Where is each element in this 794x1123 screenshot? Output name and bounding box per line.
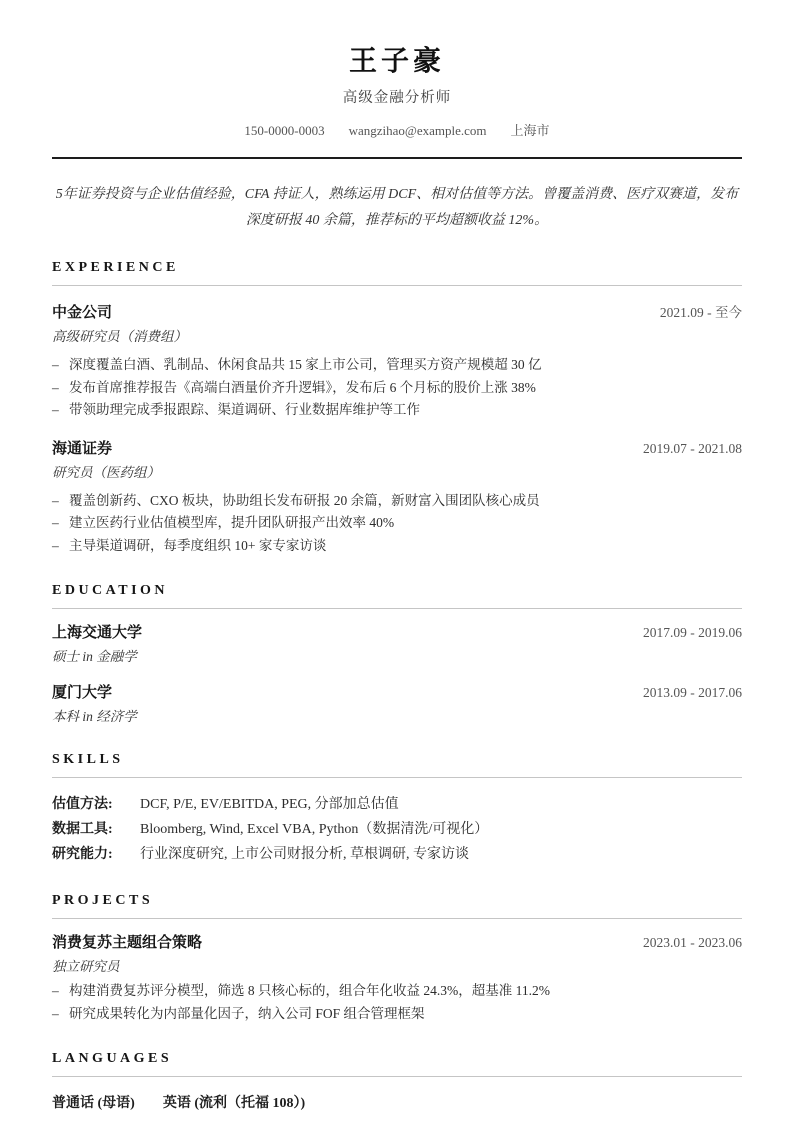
bullet-item: – 发布首席推荐报告《高端白酒量价齐升逻辑》，发布后 6 个月标的股价上涨 38… xyxy=(52,377,742,400)
skill-label: 研究能力: xyxy=(52,842,140,867)
company-name: 海通证券 xyxy=(52,440,112,459)
section-projects: PROJECTS 消费复苏主题组合策略 2023.01 - 2023.06 独立… xyxy=(52,892,742,1025)
bullet-text: 深度覆盖白酒、乳制品、休闲食品共 15 家上市公司，管理买方资产规模超 30 亿 xyxy=(69,354,742,377)
entry-date: 2021.09 - 至今 xyxy=(660,301,742,321)
bullet-text: 主导渠道调研，每季度组织 10+ 家专家访谈 xyxy=(69,535,742,558)
entry-role: 研究员（医药组） xyxy=(52,464,742,482)
bullet-item: – 建立医药行业估值模型库，提升团队研报产出效率 40% xyxy=(52,512,742,535)
candidate-name: 王子豪 xyxy=(52,46,742,78)
skills-heading: SKILLS xyxy=(52,751,742,778)
bullet-list: – 深度覆盖白酒、乳制品、休闲食品共 15 家上市公司，管理买方资产规模超 30… xyxy=(52,354,742,422)
entry-head: 厦门大学 2013.09 - 2017.06 xyxy=(52,684,742,703)
experience-heading: EXPERIENCE xyxy=(52,259,742,286)
section-skills: SKILLS 估值方法: DCF, P/E, EV/EBITDA, PEG, 分… xyxy=(52,751,742,867)
section-languages: LANGUAGES 普通话 (母语) 英语 (流利（托福 108）) xyxy=(52,1050,742,1113)
bullet-dash: – xyxy=(52,490,69,513)
bullet-dash: – xyxy=(52,1003,69,1026)
skill-label: 数据工具: xyxy=(52,817,140,842)
bullet-text: 构建消费复苏评分模型，筛选 8 只核心标的，组合年化收益 24.3%，超基准 1… xyxy=(69,980,742,1003)
summary-text: 5年证券投资与企业估值经验，CFA 持证人，熟练运用 DCF、相对估值等方法。曾… xyxy=(52,182,742,234)
education-heading: EDUCATION xyxy=(52,582,742,609)
entry-date: 2013.09 - 2017.06 xyxy=(643,685,742,701)
header-divider xyxy=(52,157,742,159)
bullet-list: – 覆盖创新药、CXO 板块，协助组长发布研报 20 余篇，新财富入围团队核心成… xyxy=(52,490,742,558)
experience-entry: 海通证券 2019.07 - 2021.08 研究员（医药组） – 覆盖创新药、… xyxy=(52,440,742,558)
degree-name: 硕士 in 金融学 xyxy=(52,648,742,666)
skill-value: Bloomberg, Wind, Excel VBA, Python（数据清洗/… xyxy=(140,817,488,842)
language-item: 英语 (流利（托福 108）) xyxy=(163,1094,305,1113)
skill-value: DCF, P/E, EV/EBITDA, PEG, 分部加总估值 xyxy=(140,792,399,817)
bullet-dash: – xyxy=(52,354,69,377)
languages-row: 普通话 (母语) 英语 (流利（托福 108）) xyxy=(52,1094,742,1113)
candidate-title: 高级金融分析师 xyxy=(52,89,742,108)
section-experience: EXPERIENCE 中金公司 2021.09 - 至今 高级研究员（消费组） … xyxy=(52,259,742,557)
bullet-item: – 构建消费复苏评分模型，筛选 8 只核心标的，组合年化收益 24.3%，超基准… xyxy=(52,980,742,1003)
resume-page: 王子豪 高级金融分析师 150-0000-0003 wangzihao@exam… xyxy=(0,0,794,1123)
education-entry: 上海交通大学 2017.09 - 2019.06 硕士 in 金融学 xyxy=(52,624,742,666)
bullet-dash: – xyxy=(52,377,69,400)
entry-head: 消费复苏主题组合策略 2023.01 - 2023.06 xyxy=(52,934,742,953)
skill-row: 估值方法: DCF, P/E, EV/EBITDA, PEG, 分部加总估值 xyxy=(52,792,742,817)
skill-row: 研究能力: 行业深度研究, 上市公司财报分析, 草根调研, 专家访谈 xyxy=(52,842,742,867)
bullet-dash: – xyxy=(52,980,69,1003)
skills-table: 估值方法: DCF, P/E, EV/EBITDA, PEG, 分部加总估值 数… xyxy=(52,792,742,867)
entry-date: 2019.07 - 2021.08 xyxy=(643,441,742,457)
skill-value: 行业深度研究, 上市公司财报分析, 草根调研, 专家访谈 xyxy=(140,842,469,867)
bullet-dash: – xyxy=(52,535,69,558)
bullet-item: – 深度覆盖白酒、乳制品、休闲食品共 15 家上市公司，管理买方资产规模超 30… xyxy=(52,354,742,377)
bullet-item: – 主导渠道调研，每季度组织 10+ 家专家访谈 xyxy=(52,535,742,558)
entry-role: 高级研究员（消费组） xyxy=(52,328,742,346)
skill-label: 估值方法: xyxy=(52,792,140,817)
bullet-text: 覆盖创新药、CXO 板块，协助组长发布研报 20 余篇，新财富入围团队核心成员 xyxy=(69,490,742,513)
project-entry: 消费复苏主题组合策略 2023.01 - 2023.06 独立研究员 – 构建消… xyxy=(52,934,742,1025)
entry-date: 2023.01 - 2023.06 xyxy=(643,935,742,951)
entry-head: 上海交通大学 2017.09 - 2019.06 xyxy=(52,624,742,643)
skill-row: 数据工具: Bloomberg, Wind, Excel VBA, Python… xyxy=(52,817,742,842)
bullet-text: 带领助理完成季报跟踪、渠道调研、行业数据库维护等工作 xyxy=(69,399,742,422)
bullet-dash: – xyxy=(52,399,69,422)
degree-name: 本科 in 经济学 xyxy=(52,708,742,726)
contact-location: 上海市 xyxy=(511,122,550,139)
experience-entry: 中金公司 2021.09 - 至今 高级研究员（消费组） – 深度覆盖白酒、乳制… xyxy=(52,301,742,422)
project-name: 消费复苏主题组合策略 xyxy=(52,934,202,953)
contact-row: 150-0000-0003 wangzihao@example.com 上海市 xyxy=(52,122,742,139)
language-item: 普通话 (母语) xyxy=(52,1094,135,1113)
contact-phone: 150-0000-0003 xyxy=(244,122,324,139)
bullet-list: – 构建消费复苏评分模型，筛选 8 只核心标的，组合年化收益 24.3%，超基准… xyxy=(52,980,742,1025)
bullet-text: 研究成果转化为内部量化因子，纳入公司 FOF 组合管理框架 xyxy=(69,1003,742,1026)
languages-heading: LANGUAGES xyxy=(52,1050,742,1077)
bullet-text: 建立医药行业估值模型库，提升团队研报产出效率 40% xyxy=(69,512,742,535)
bullet-dash: – xyxy=(52,512,69,535)
company-name: 中金公司 xyxy=(52,304,112,323)
bullet-item: – 带领助理完成季报跟踪、渠道调研、行业数据库维护等工作 xyxy=(52,399,742,422)
school-name: 上海交通大学 xyxy=(52,624,142,643)
contact-email: wangzihao@example.com xyxy=(349,122,487,139)
entry-head: 中金公司 2021.09 - 至今 xyxy=(52,301,742,323)
education-entry: 厦门大学 2013.09 - 2017.06 本科 in 经济学 xyxy=(52,684,742,726)
projects-heading: PROJECTS xyxy=(52,892,742,919)
school-name: 厦门大学 xyxy=(52,684,112,703)
bullet-item: – 研究成果转化为内部量化因子，纳入公司 FOF 组合管理框架 xyxy=(52,1003,742,1026)
project-role: 独立研究员 xyxy=(52,958,742,976)
bullet-item: – 覆盖创新药、CXO 板块，协助组长发布研报 20 余篇，新财富入围团队核心成… xyxy=(52,490,742,513)
bullet-text: 发布首席推荐报告《高端白酒量价齐升逻辑》，发布后 6 个月标的股价上涨 38% xyxy=(69,377,742,400)
entry-head: 海通证券 2019.07 - 2021.08 xyxy=(52,440,742,459)
resume-header: 王子豪 高级金融分析师 150-0000-0003 wangzihao@exam… xyxy=(52,46,742,139)
entry-date: 2017.09 - 2019.06 xyxy=(643,625,742,641)
section-education: EDUCATION 上海交通大学 2017.09 - 2019.06 硕士 in… xyxy=(52,582,742,726)
